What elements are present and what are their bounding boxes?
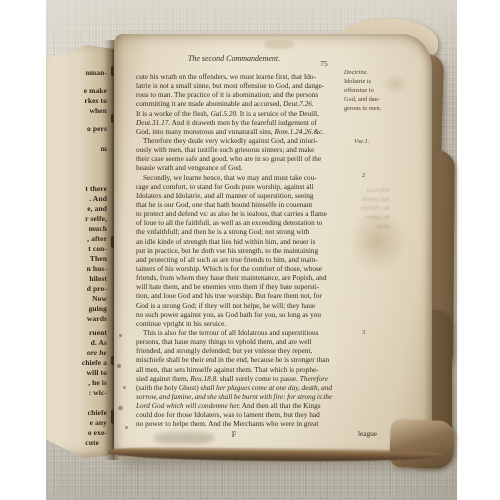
foxing-dot bbox=[118, 406, 123, 410]
signature-mark: F bbox=[136, 430, 332, 439]
foxing-dot bbox=[119, 334, 122, 337]
body-line: Therefore they deale very wickedly again… bbox=[136, 136, 332, 145]
body-line: God is a strong God; if they will not he… bbox=[136, 301, 332, 310]
bleed-through-line: the child for bbox=[340, 204, 390, 213]
body-line: This is also for the terrour of all Idol… bbox=[136, 328, 332, 337]
body-line: latrie is not a small sinne, but most of… bbox=[136, 81, 332, 90]
body-line: mischiefe shall be their end in the end,… bbox=[136, 355, 332, 364]
foxing-dot bbox=[123, 386, 126, 389]
body-line: rage and comfort, to stand for Gods pure… bbox=[136, 182, 332, 191]
body-line: no such power against you, as God hath f… bbox=[136, 310, 332, 319]
bleed-through-line: the fathers bbox=[340, 213, 390, 222]
body-line: tainers of his worship. Which is for the… bbox=[136, 264, 332, 273]
body-line: persons, that haue many things to vphold… bbox=[136, 337, 332, 346]
body-line: will hate them, and be enemies vnto them… bbox=[136, 282, 332, 291]
margin-note: 2 bbox=[362, 171, 412, 181]
body-line: Idolaters and Idolatrie, and all manner … bbox=[136, 191, 332, 200]
body-line: rous to man. The practice of it is abomi… bbox=[136, 90, 332, 99]
page-edge-corner bbox=[389, 419, 455, 469]
running-header: The second Commandement. bbox=[136, 54, 332, 63]
body-line: Secondly, we learne hence, that we may a… bbox=[136, 173, 332, 182]
bleed-through-line: Why God bbox=[340, 186, 390, 195]
body-line: sorrow, and famine, and she shall be bur… bbox=[136, 392, 332, 401]
text-block: cute his wrath on the offenders, we must… bbox=[136, 72, 332, 428]
body-line: heauie wrath and vengeance of God. bbox=[136, 163, 332, 172]
photo-canvas: nman-e makerkes towheno persmt there. An… bbox=[0, 0, 500, 500]
body-line: and protecting of all such as are true f… bbox=[136, 255, 332, 264]
body-line: to protect and defend vs: as also he is … bbox=[136, 209, 332, 218]
body-line: committing it are made abominable and ac… bbox=[136, 99, 332, 108]
body-line: of loue to all the faithfull, as well as… bbox=[136, 218, 332, 227]
catchword: league bbox=[358, 429, 377, 438]
body-line: sied against them, Reu.18.8. shall surel… bbox=[136, 374, 332, 383]
body-line: all men, that sets himselfe against them… bbox=[136, 365, 332, 374]
body-line: put in practice, but he doth vse his str… bbox=[136, 246, 332, 255]
body-line: that he is our God, one that hath bound … bbox=[136, 200, 332, 209]
body-line: It is a worke of the flesh, Gal.5.20. It… bbox=[136, 109, 332, 118]
body-line: friends, from whom they haue their maint… bbox=[136, 273, 332, 282]
body-line: cute his wrath on the offenders, we must… bbox=[136, 72, 332, 81]
book-photo: nman-e makerkes towheno persmt there. An… bbox=[46, 0, 457, 500]
bleed-through-line: sinne. bbox=[340, 222, 390, 231]
body-line: (saith the holy Ghost) shall her plagues… bbox=[136, 383, 332, 392]
margin-note: gerous to men. bbox=[344, 104, 394, 114]
body-line: Deut.31.17. And it draweth men by the fe… bbox=[136, 118, 332, 127]
body-line: Lord God which will condemne her. And th… bbox=[136, 401, 332, 410]
bleed-through-line: may punish bbox=[340, 195, 390, 204]
body-line: could doe for those Idolaters, was to la… bbox=[136, 410, 332, 419]
body-line: the vnfaithfull; and then he is a strong… bbox=[136, 227, 332, 236]
foxing-dot bbox=[125, 426, 128, 429]
body-line: an idle kinde of strength that lies hid … bbox=[136, 237, 332, 246]
body-line: their case seeme safe and good, who are … bbox=[136, 154, 332, 163]
foxing-dot bbox=[117, 364, 121, 368]
body-line: no power to helpe them. And the Merchant… bbox=[136, 419, 332, 428]
body-line: ously with men, that iustifie such grieu… bbox=[136, 145, 332, 154]
margin-note: Vse.1. bbox=[354, 137, 404, 147]
right-page: The second Commandement. 75 cute his wra… bbox=[114, 34, 432, 458]
body-line: God, into many monstrous and vnnaturall … bbox=[136, 127, 332, 136]
stain bbox=[264, 40, 294, 49]
bleed-through-note: Why Godmay punishthe child forthe father… bbox=[340, 186, 390, 231]
body-line: continue vpright in his seruice. bbox=[136, 319, 332, 328]
body-line: friended, and strongly defended; but yet… bbox=[136, 346, 332, 355]
page-number: 75 bbox=[314, 59, 334, 68]
body-line: tion, and loue God and his true worship.… bbox=[136, 291, 332, 300]
margin-note: 3 bbox=[362, 328, 412, 338]
